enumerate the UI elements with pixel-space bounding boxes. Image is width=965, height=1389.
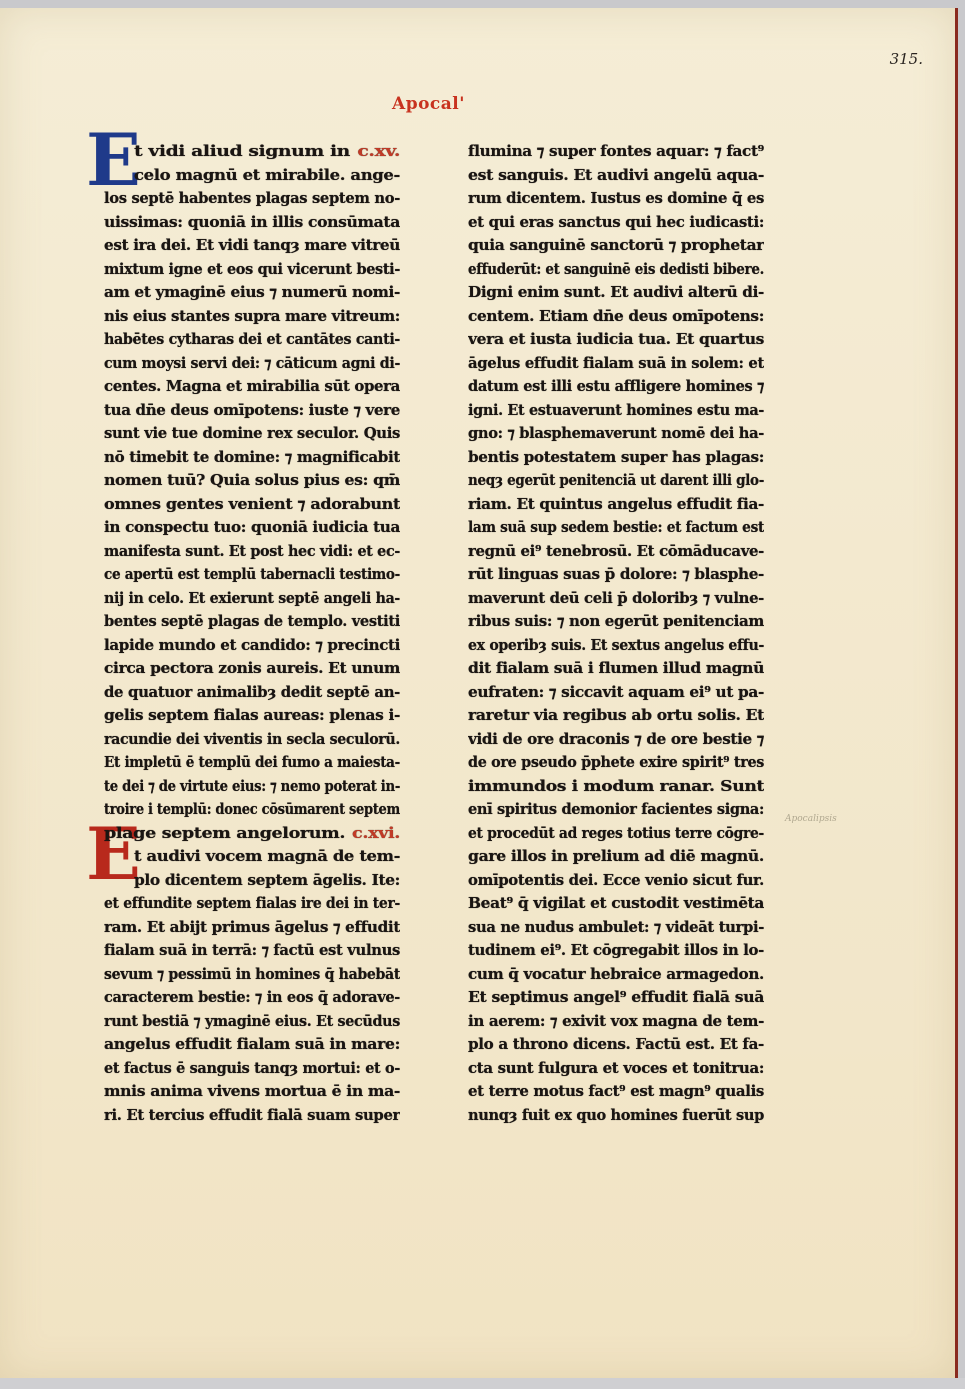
line-text: bentis potestatem super has plagas: — [468, 448, 764, 466]
text-line: vera et iusta iudicia tua. Et quartus — [468, 328, 764, 352]
text-line: mixtum igne et eos qui vicerunt besti- — [104, 258, 400, 282]
text-line: neqȝ egerūt penitenciā ut darent illi gl… — [468, 469, 764, 493]
line-text: los septē habentes plagas septem no- — [104, 189, 400, 207]
text-line: angelus effudit fialam suā in mare: — [104, 1033, 400, 1057]
line-text: gno: ⁊ blasphemaverunt nomē dei ha- — [468, 424, 764, 442]
line-text: flumina ⁊ super fontes aquar: ⁊ fact⁹ — [468, 142, 764, 160]
text-line: gno: ⁊ blasphemaverunt nomē dei ha- — [468, 422, 764, 446]
line-text: in conspectu tuo: quoniā iudicia tua — [104, 518, 400, 536]
line-text: Et impletū ē templū dei fumo a maiesta- — [104, 753, 400, 771]
line-text: sunt vie tue domine rex seculor. Quis — [104, 424, 400, 442]
text-line: et terre motus fact⁹ est magn⁹ qualis — [468, 1080, 764, 1104]
line-text: et effundite septem fialas ire dei in te… — [104, 894, 400, 912]
line-text: rūt linguas suas p̄ dolore: ⁊ blasphe- — [468, 565, 764, 583]
line-text: gelis septem fialas aureas: plenas i- — [104, 706, 400, 724]
text-line: dit fialam suā i flumen illud magnū — [468, 657, 764, 681]
line-text: est ira dei. Et vidi tanqȝ mare vitreū — [104, 236, 400, 254]
text-line: celo magnū et mirabile. ange- — [104, 164, 400, 188]
text-line: quia sanguinē sanctorū ⁊ prophetar — [468, 234, 764, 258]
text-line: nunqȝ fuit ex quo homines fuerūt sup — [468, 1104, 764, 1128]
text-line: enī spiritus demonior facientes signa: — [468, 798, 764, 822]
line-text: habētes cytharas dei et cantātes canti- — [104, 330, 400, 348]
text-line: gare illos in prelium ad diē magnū. — [468, 845, 764, 869]
line-text: sua ne nudus ambulet: ⁊ videāt turpi- — [468, 918, 764, 936]
line-text: ce apertū est templū tabernacli testimo- — [104, 565, 400, 583]
line-text: tudinem ei⁹. Et cōgregabit illos in lo- — [468, 941, 764, 959]
text-line: effuderūt: et sanguinē eis dedisti biber… — [468, 258, 764, 282]
text-line: eufraten: ⁊ siccavit aquam ei⁹ ut pa- — [468, 681, 764, 705]
line-text: rum dicentem. Iustus es domine q̄ es — [468, 189, 764, 207]
text-line: plo dicentem septem āgelis. Ite: — [104, 869, 400, 893]
text-line: cum q̄ vocatur hebraice armagedon. — [468, 963, 764, 987]
text-line: manifesta sunt. Et post hec vidi: et ec- — [104, 540, 400, 564]
text-line: ce apertū est templū tabernacli testimo- — [104, 563, 400, 587]
line-text: omnes gentes venient ⁊ adorabunt — [104, 495, 400, 513]
right-text-column: flumina ⁊ super fontes aquar: ⁊ fact⁹est… — [468, 140, 764, 1127]
text-line: in aerem: ⁊ exivit vox magna de tem- — [468, 1010, 764, 1034]
text-line: maverunt deū celi p̄ doloribȝ ⁊ vulne- — [468, 587, 764, 611]
text-line: est ira dei. Et vidi tanqȝ mare vitreū — [104, 234, 400, 258]
text-line: te dei ⁊ de virtute eius: ⁊ nemo poterat… — [104, 775, 400, 799]
text-line: cta sunt fulgura et voces et tonitrua: — [468, 1057, 764, 1081]
line-text: riam. Et quintus angelus effudit fia- — [468, 495, 764, 513]
text-line: sunt vie tue domine rex seculor. Quis — [104, 422, 400, 446]
line-text: nō timebit te domine: ⁊ magnificabit — [104, 448, 400, 466]
text-line: habētes cytharas dei et cantātes canti- — [104, 328, 400, 352]
line-text: enī spiritus demonior facientes signa: — [468, 800, 764, 818]
line-text: regnū ei⁹ tenebrosū. Et cōmāducave- — [468, 542, 764, 560]
text-line: de quatuor animalibȝ dedit septē an- — [104, 681, 400, 705]
text-line: et procedūt ad reges totius terre cōgre- — [468, 822, 764, 846]
line-text: am et ymaginē eius ⁊ numerū nomi- — [104, 283, 400, 301]
text-line: t vidi aliud signum inc.xv. — [104, 140, 400, 164]
line-text: Et septimus angel⁹ effudit fialā suā — [468, 988, 764, 1006]
text-line: nij in celo. Et exierunt septē angeli ha… — [104, 587, 400, 611]
line-text: plo a throno dicens. Factū est. Et fa- — [468, 1035, 764, 1053]
line-text: nis eius stantes supra mare vitreum: — [104, 307, 400, 325]
line-text: et factus ē sanguis tanqȝ mortui: et o- — [104, 1059, 400, 1077]
text-line: omnes gentes venient ⁊ adorabunt — [104, 493, 400, 517]
line-text: effuderūt: et sanguinē eis dedisti biber… — [468, 260, 764, 278]
line-text: ram. Et abijt primus āgelus ⁊ effudit — [104, 918, 400, 936]
text-line: bentes septē plagas de templo. vestiti — [104, 610, 400, 634]
line-text: ribus suis: ⁊ non egerūt penitenciam — [468, 612, 764, 630]
text-line: centes. Magna et mirabilia sūt opera — [104, 375, 400, 399]
text-line: ribus suis: ⁊ non egerūt penitenciam — [468, 610, 764, 634]
line-text: in aerem: ⁊ exivit vox magna de tem- — [468, 1012, 764, 1030]
text-line: circa pectora zonis aureis. Et unum — [104, 657, 400, 681]
text-line: mnis anima vivens mortua ē in ma- — [104, 1080, 400, 1104]
line-text: raretur via regibus ab ortu solis. Et — [468, 706, 764, 724]
running-head: Apocal' — [392, 94, 465, 114]
line-text: cum moysi servi dei: ⁊ cāticum agni di- — [104, 354, 400, 372]
scan-background — [0, 1378, 965, 1389]
chapter-rubric: c.xv. — [357, 142, 400, 160]
line-text: maverunt deū celi p̄ doloribȝ ⁊ vulne- — [468, 589, 764, 607]
line-text: uissimas: quoniā in illis consūmata — [104, 213, 400, 231]
text-line: tudinem ei⁹. Et cōgregabit illos in lo- — [468, 939, 764, 963]
text-line: gelis septem fialas aureas: plenas i- — [104, 704, 400, 728]
text-line: ex operibȝ suis. Et sextus angelus effu- — [468, 634, 764, 658]
line-text: t audivi vocem magnā de tem- — [134, 847, 400, 865]
line-text: dit fialam suā i flumen illud magnū — [468, 659, 764, 677]
text-line: in conspectu tuo: quoniā iudicia tua — [104, 516, 400, 540]
line-text: de quatuor animalibȝ dedit septē an- — [104, 683, 400, 701]
text-line: lapide mundo et candido: ⁊ precincti — [104, 634, 400, 658]
line-text: lam suā sup sedem bestie: et factum est — [468, 518, 764, 536]
text-line: cum moysi servi dei: ⁊ cāticum agni di- — [104, 352, 400, 376]
line-text: immundos i modum ranar. Sunt — [468, 777, 764, 795]
text-line: igni. Et estuaverunt homines estu ma- — [468, 399, 764, 423]
text-line: immundos i modum ranar. Sunt — [468, 775, 764, 799]
chapter-rubric: c.xvi. — [352, 824, 400, 842]
line-text: cta sunt fulgura et voces et tonitrua: — [468, 1059, 764, 1077]
text-line: riam. Et quintus angelus effudit fia- — [468, 493, 764, 517]
line-text: est sanguis. Et audivi angelū aqua- — [468, 166, 764, 184]
text-line: rūt linguas suas p̄ dolore: ⁊ blasphe- — [468, 563, 764, 587]
text-line: omīpotentis dei. Ecce venio sicut fur. — [468, 869, 764, 893]
line-text: et terre motus fact⁹ est magn⁹ qualis — [468, 1082, 764, 1100]
line-text: plo dicentem septem āgelis. Ite: — [134, 871, 400, 889]
text-line: racundie dei viventis in secla seculorū. — [104, 728, 400, 752]
text-line: troire i templū: donec cōsūmarent septem — [104, 798, 400, 822]
text-line: am et ymaginē eius ⁊ numerū nomi- — [104, 281, 400, 305]
text-line: centem. Etiam dn̄e deus omīpotens: — [468, 305, 764, 329]
text-line: et qui eras sanctus qui hec iudicasti: — [468, 211, 764, 235]
text-line: Beat⁹ q̄ vigilat et custodit vestimēta — [468, 892, 764, 916]
line-text: celo magnū et mirabile. ange- — [134, 166, 400, 184]
text-line: caracterem bestie: ⁊ in eos q̄ adorave- — [104, 986, 400, 1010]
text-line: plage septem angelorum.c.xvi. — [104, 822, 400, 846]
text-line: ri. Et tercius effudit fialā suam super — [104, 1104, 400, 1128]
text-line: sua ne nudus ambulet: ⁊ videāt turpi- — [468, 916, 764, 940]
line-text: cum q̄ vocatur hebraice armagedon. — [468, 965, 764, 983]
text-line: nō timebit te domine: ⁊ magnificabit — [104, 446, 400, 470]
text-line: nomen tuū? Quia solus pius es: qm̄ — [104, 469, 400, 493]
text-line: est sanguis. Et audivi angelū aqua- — [468, 164, 764, 188]
line-text: Beat⁹ q̄ vigilat et custodit vestimēta — [468, 894, 764, 912]
line-text: vidi de ore draconis ⁊ de ore bestie ⁊ — [468, 730, 764, 748]
line-text: racundie dei viventis in secla seculorū. — [104, 730, 400, 748]
text-line: bentis potestatem super has plagas: — [468, 446, 764, 470]
line-text: nunqȝ fuit ex quo homines fuerūt sup — [468, 1106, 764, 1124]
text-line: nis eius stantes supra mare vitreum: — [104, 305, 400, 329]
line-text: fialam suā in terrā: ⁊ factū est vulnus — [104, 941, 400, 959]
line-text: centes. Magna et mirabilia sūt opera — [104, 377, 400, 395]
line-text: te dei ⁊ de virtute eius: ⁊ nemo poterat… — [104, 777, 400, 795]
line-text: ri. Et tercius effudit fialā suam super — [104, 1106, 400, 1124]
line-text: troire i templū: donec cōsūmarent septem — [104, 800, 400, 818]
text-line: los septē habentes plagas septem no- — [104, 187, 400, 211]
line-text: igni. Et estuaverunt homines estu ma- — [468, 401, 764, 419]
line-text: caracterem bestie: ⁊ in eos q̄ adorave- — [104, 988, 400, 1006]
text-line: Et septimus angel⁹ effudit fialā suā — [468, 986, 764, 1010]
text-line: plo a throno dicens. Factū est. Et fa- — [468, 1033, 764, 1057]
line-text: et qui eras sanctus qui hec iudicasti: — [468, 213, 764, 231]
text-line: vidi de ore draconis ⁊ de ore bestie ⁊ — [468, 728, 764, 752]
line-text: centem. Etiam dn̄e deus omīpotens: — [468, 307, 764, 325]
line-text: ex operibȝ suis. Et sextus angelus effu- — [468, 636, 764, 654]
line-text: tua dn̄e deus omīpotens: iuste ⁊ vere — [104, 401, 400, 419]
line-text: runt bestiā ⁊ ymaginē eius. Et secūdus — [104, 1012, 400, 1030]
text-line: āgelus effudit fialam suā in solem: et — [468, 352, 764, 376]
text-line: lam suā sup sedem bestie: et factum est — [468, 516, 764, 540]
line-text: vera et iusta iudicia tua. Et quartus — [468, 330, 764, 348]
text-line: fialam suā in terrā: ⁊ factū est vulnus — [104, 939, 400, 963]
line-text: lapide mundo et candido: ⁊ precincti — [104, 636, 400, 654]
line-text: t vidi aliud signum in — [134, 142, 350, 160]
line-text: angelus effudit fialam suā in mare: — [104, 1035, 400, 1053]
line-text: mixtum igne et eos qui vicerunt besti- — [104, 260, 400, 278]
line-text: mnis anima vivens mortua ē in ma- — [104, 1082, 400, 1100]
line-text: omīpotentis dei. Ecce venio sicut fur. — [468, 871, 764, 889]
folio-number: 315. — [890, 50, 923, 68]
line-text: circa pectora zonis aureis. Et unum — [104, 659, 400, 677]
line-text: quia sanguinē sanctorū ⁊ prophetar — [468, 236, 764, 254]
text-line: t audivi vocem magnā de tem- — [104, 845, 400, 869]
line-text: gare illos in prelium ad diē magnū. — [468, 847, 764, 865]
text-line: et factus ē sanguis tanqȝ mortui: et o- — [104, 1057, 400, 1081]
margin-note: Apocalipsis — [785, 814, 837, 824]
line-text: manifesta sunt. Et post hec vidi: et ec- — [104, 542, 400, 560]
line-text: āgelus effudit fialam suā in solem: et — [468, 354, 764, 372]
text-line: tua dn̄e deus omīpotens: iuste ⁊ vere — [104, 399, 400, 423]
text-line: ram. Et abijt primus āgelus ⁊ effudit — [104, 916, 400, 940]
line-text: sevum ⁊ pessimū in homines q̄ habebāt — [104, 965, 400, 983]
left-text-column: t vidi aliud signum inc.xv.celo magnū et… — [104, 140, 400, 1127]
text-line: Et impletū ē templū dei fumo a maiesta- — [104, 751, 400, 775]
text-line: regnū ei⁹ tenebrosū. Et cōmāducave- — [468, 540, 764, 564]
line-text: nij in celo. Et exierunt septē angeli ha… — [104, 589, 400, 607]
line-text: Digni enim sunt. Et audivi alterū di- — [468, 283, 764, 301]
line-text: de ore pseudo p̄phete exire spirit⁹ tres — [468, 753, 764, 771]
text-line: sevum ⁊ pessimū in homines q̄ habebāt — [104, 963, 400, 987]
text-line: raretur via regibus ab ortu solis. Et — [468, 704, 764, 728]
text-line: uissimas: quoniā in illis consūmata — [104, 211, 400, 235]
line-text: neqȝ egerūt penitenciā ut darent illi gl… — [468, 471, 764, 489]
text-line: Digni enim sunt. Et audivi alterū di- — [468, 281, 764, 305]
line-text: bentes septē plagas de templo. vestiti — [104, 612, 400, 630]
line-text: eufraten: ⁊ siccavit aquam ei⁹ ut pa- — [468, 683, 764, 701]
text-line: datum est illi estu affligere homines ⁊ — [468, 375, 764, 399]
text-line: et effundite septem fialas ire dei in te… — [104, 892, 400, 916]
line-text: plage septem angelorum. — [104, 824, 345, 842]
text-line: rum dicentem. Iustus es domine q̄ es — [468, 187, 764, 211]
text-line: runt bestiā ⁊ ymaginē eius. Et secūdus — [104, 1010, 400, 1034]
text-line: flumina ⁊ super fontes aquar: ⁊ fact⁹ — [468, 140, 764, 164]
line-text: datum est illi estu affligere homines ⁊ — [468, 377, 764, 395]
line-text: nomen tuū? Quia solus pius es: qm̄ — [104, 471, 400, 489]
text-line: de ore pseudo p̄phete exire spirit⁹ tres — [468, 751, 764, 775]
line-text: et procedūt ad reges totius terre cōgre- — [468, 824, 764, 842]
